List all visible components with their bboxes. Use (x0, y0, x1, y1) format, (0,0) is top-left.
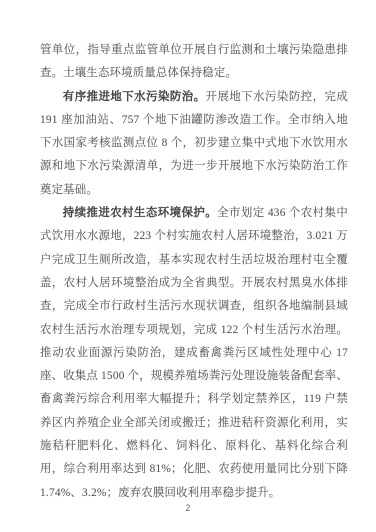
paragraph-3-text: 全市划定 436 个农村集中式饮用水水源地，223 个村实施农村人居环境整治，3… (40, 207, 348, 499)
paragraph-3-lead: 持续推进农村生态环境保护。 (63, 207, 217, 219)
paragraph-soil-continuation: 管单位，指导重点监管单位开展自行监测和土壤污染隐患排查。土壤生态环境质量总体保持… (40, 39, 348, 86)
paragraph-rural-environment: 持续推进农村生态环境保护。全市划定 436 个农村集中式饮用水水源地，223 个… (40, 202, 348, 505)
page-number: 2 (185, 504, 190, 514)
paragraph-2-text: 开展地下水污染防控，完成 191 座加油站、757 个地下油罐防渗改造工作。全市… (40, 91, 348, 196)
page-footer: 2 (0, 498, 376, 516)
document-page: 管单位，指导重点监管单位开展自行监测和土壤污染隐患排查。土壤生态环境质量总体保持… (0, 0, 376, 532)
body-text: 管单位，指导重点监管单位开展自行监测和土壤污染隐患排查。土壤生态环境质量总体保持… (40, 39, 348, 505)
paragraph-groundwater: 有序推进地下水污染防治。开展地下水污染防控，完成 191 座加油站、757 个地… (40, 86, 348, 202)
paragraph-1-text: 管单位，指导重点监管单位开展自行监测和土壤污染隐患排查。土壤生态环境质量总体保持… (40, 44, 348, 79)
paragraph-2-lead: 有序推进地下水污染防治。 (63, 91, 206, 103)
